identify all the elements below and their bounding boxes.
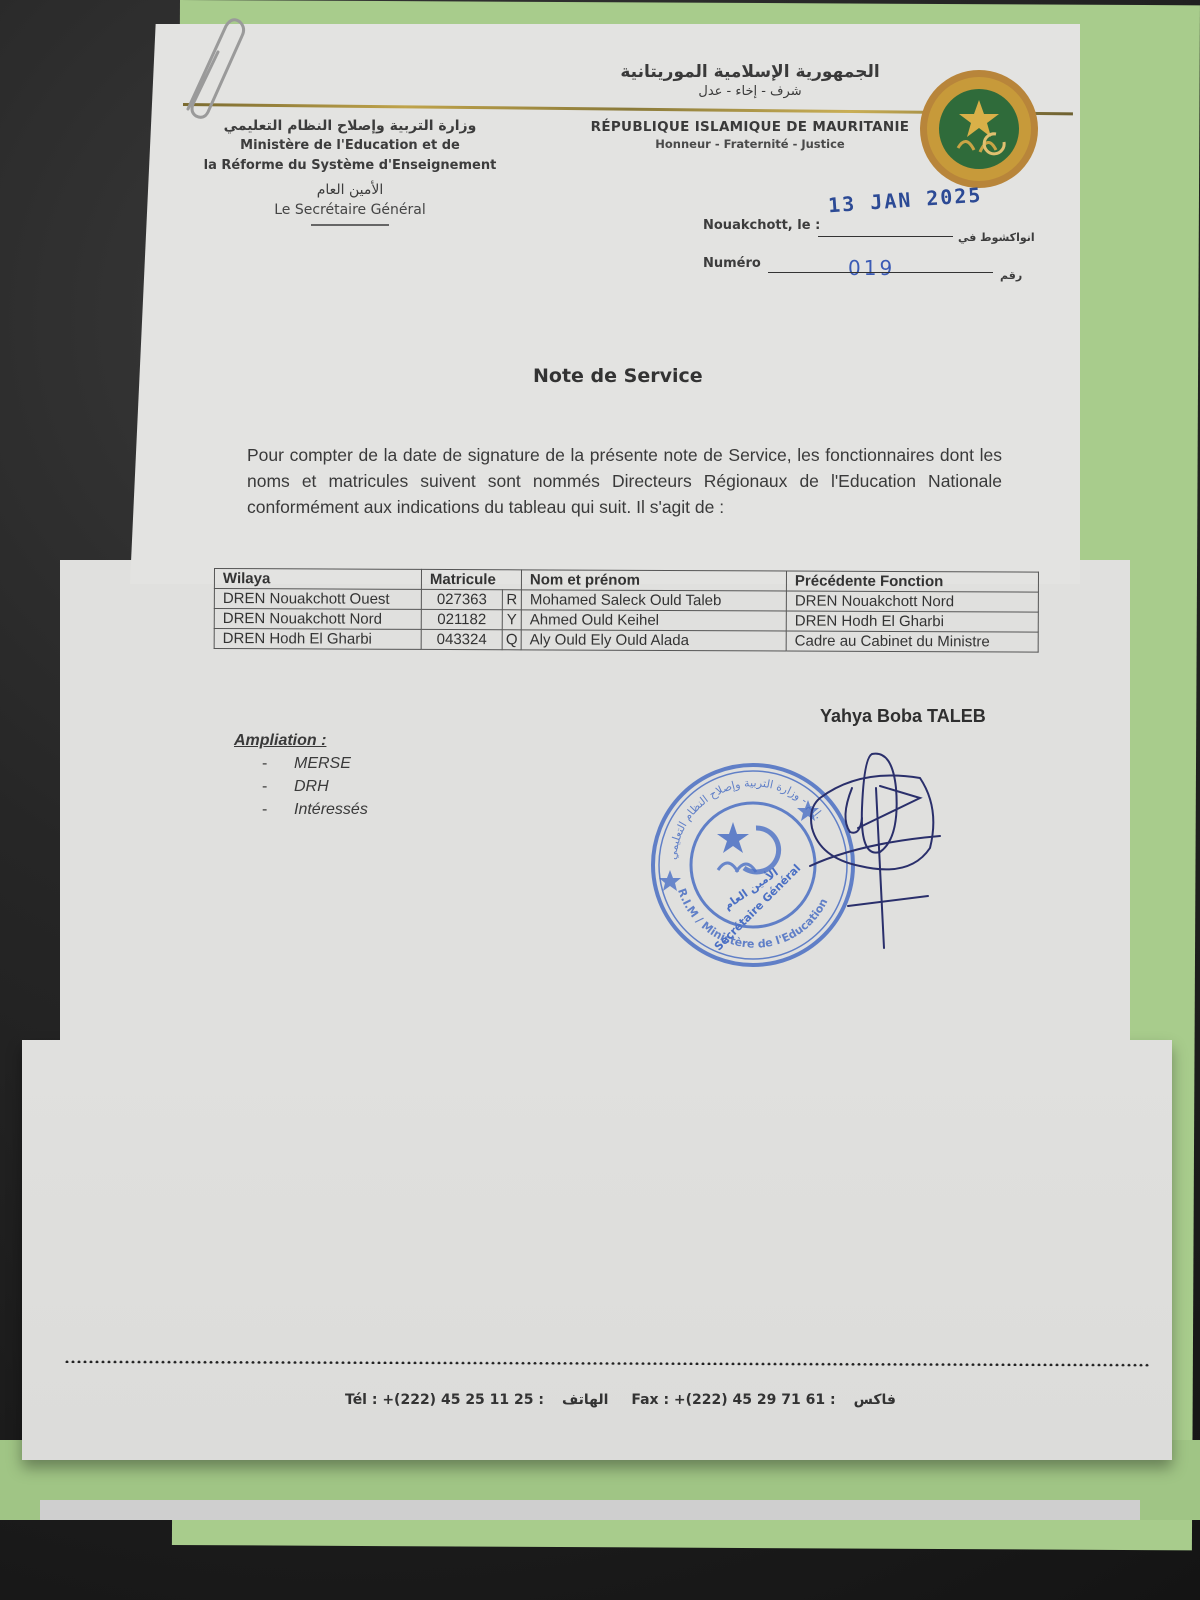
signatory-name: Yahya Boba TALEB	[820, 706, 986, 727]
number-line	[768, 272, 993, 273]
footer-fax-arabic: فاكس	[854, 1392, 896, 1408]
cell-matricule: 027363	[421, 589, 502, 609]
republic-french: RÉPUBLIQUE ISLAMIQUE DE MAURITANIE	[590, 119, 910, 135]
number-label: Numéro	[703, 256, 761, 271]
table-row: DREN Hodh El Gharbi 043324 Q Aly Ould El…	[214, 629, 1038, 653]
footer-tel: Tél : +(222) 45 25 11 25 :	[345, 1392, 544, 1408]
date-label: Nouakchott, le :	[703, 218, 820, 233]
cell-key: R	[502, 590, 521, 610]
number-label-arabic: رقم	[1000, 269, 1022, 282]
footer-tel-arabic: الهاتف	[562, 1392, 608, 1408]
header-wilaya: Wilaya	[214, 569, 421, 590]
underlying-sheet	[40, 1500, 1140, 1520]
ministry-arabic: وزارة التربية وإصلاح النظام التعليمي	[200, 118, 500, 134]
motto-french: Honneur - Fraternité - Justice	[590, 137, 910, 151]
header-previous-function: Précédente Fonction	[786, 571, 1038, 592]
ampliation-item: Intéressés	[294, 801, 368, 818]
appointments-table: Wilaya Matricule Nom et prénom Précédent…	[214, 568, 1039, 653]
list-item: -MERSE	[234, 752, 368, 775]
office-underline	[311, 224, 389, 226]
cell-name: Aly Ould Ely Ould Alada	[521, 630, 786, 651]
number-value: 019	[848, 256, 895, 280]
header-name: Nom et prénom	[521, 570, 786, 591]
republic-arabic: الجمهورية الإسلامية الموريتانية	[590, 62, 910, 82]
cell-key: Q	[502, 630, 521, 650]
list-item: -DRH	[234, 775, 368, 798]
cell-wilaya: DREN Hodh El Gharbi	[214, 629, 421, 650]
cell-matricule: 043324	[421, 629, 502, 649]
cell-key: Y	[502, 610, 521, 630]
ampliation-list: -MERSE -DRH -Intéressés	[234, 752, 368, 821]
office-french: Le Secrétaire Général	[200, 202, 500, 218]
date-field: Nouakchott, le :	[703, 218, 820, 233]
handwritten-signature-icon	[800, 748, 950, 958]
paperclip-icon	[178, 14, 248, 124]
document-title: Note de Service	[533, 365, 703, 387]
date-line	[818, 236, 953, 237]
coat-of-arms-icon	[918, 68, 1040, 190]
date-label-arabic: انواكشوط في	[958, 231, 1035, 244]
cell-previous: DREN Nouakchott Nord	[786, 591, 1038, 612]
ampliation-block: Ampliation : -MERSE -DRH -Intéressés	[234, 732, 368, 821]
ampliation-item: MERSE	[294, 755, 351, 772]
ampliation-heading: Ampliation :	[234, 732, 368, 750]
footer-contact: Tél : +(222) 45 25 11 25 :الهاتف Fax : +…	[345, 1392, 914, 1408]
cell-name: Mohamed Saleck Ould Taleb	[521, 590, 786, 611]
number-label-arabic-wrap: رقم	[1000, 268, 1022, 283]
ministry-heading: وزارة التربية وإصلاح النظام التعليمي Min…	[200, 118, 500, 226]
ampliation-item: DRH	[294, 778, 329, 795]
cell-name: Ahmed Ould Keihel	[521, 610, 786, 631]
republic-heading: الجمهورية الإسلامية الموريتانية شرف - إخ…	[590, 62, 910, 151]
footer-fax: Fax : +(222) 45 29 71 61 :	[631, 1392, 835, 1408]
office-arabic: الأمين العام	[200, 182, 500, 198]
header-matricule: Matricule	[421, 569, 521, 589]
cell-previous: Cadre au Cabinet du Ministre	[786, 631, 1038, 652]
document-body: Pour compter de la date de signature de …	[247, 442, 1002, 520]
cell-matricule: 021182	[421, 609, 502, 629]
number-field: Numéro	[703, 256, 761, 271]
date-label-arabic-wrap: انواكشوط في	[958, 230, 1035, 245]
motto-arabic: شرف - إخاء - عدل	[590, 84, 910, 99]
cell-wilaya: DREN Nouakchott Ouest	[214, 589, 421, 610]
cell-previous: DREN Hodh El Gharbi	[786, 611, 1038, 632]
cell-wilaya: DREN Nouakchott Nord	[214, 609, 421, 630]
ministry-french-line2: la Réforme du Système d'Enseignement	[200, 156, 500, 176]
ministry-french-line1: Ministère de l'Education et de	[200, 136, 500, 156]
list-item: -Intéressés	[234, 798, 368, 821]
